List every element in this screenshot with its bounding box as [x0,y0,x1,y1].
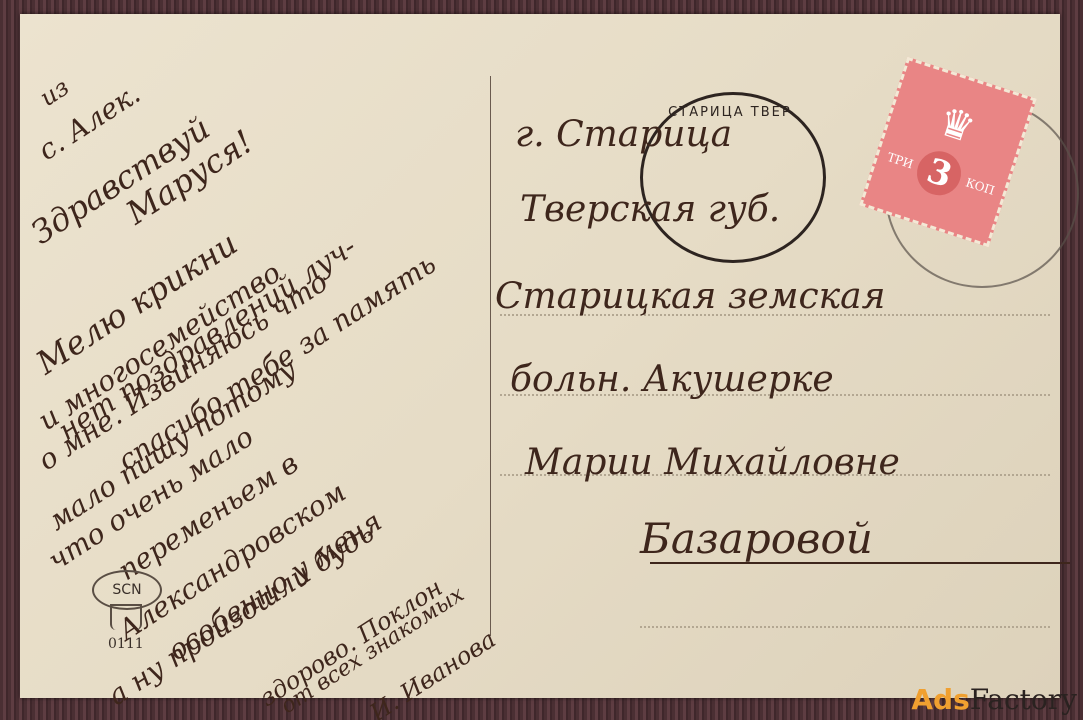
address-province: Тверская губ. [520,189,780,230]
stamp-value: 3 [912,146,967,201]
watermark-part1: Ads [911,683,969,716]
address-line-dots [640,626,1050,628]
postcard: из с. Алек. Здравствуй Маруся! Мелю крик… [20,14,1060,698]
address-institution: Старицкая земская [495,276,885,317]
stamp-label-right: КОП [964,175,996,197]
card-number: 0111 [108,636,144,652]
address-city: г. Старица [515,114,732,155]
address-surname: Базаровой [640,514,873,563]
surname-underline [650,562,1070,564]
message-line: из [35,73,74,112]
stamp-label-left: ТРИ [885,150,915,172]
adsfactory-watermark: AdsFactory [911,683,1077,716]
publisher-logo-stand [110,604,142,630]
address-role: больн. Акушерке [510,359,834,400]
address-recipient-name: Марии Михайловне [525,442,900,483]
watermark-part2: Factory [970,683,1077,716]
postcard-divider-line [490,76,491,636]
